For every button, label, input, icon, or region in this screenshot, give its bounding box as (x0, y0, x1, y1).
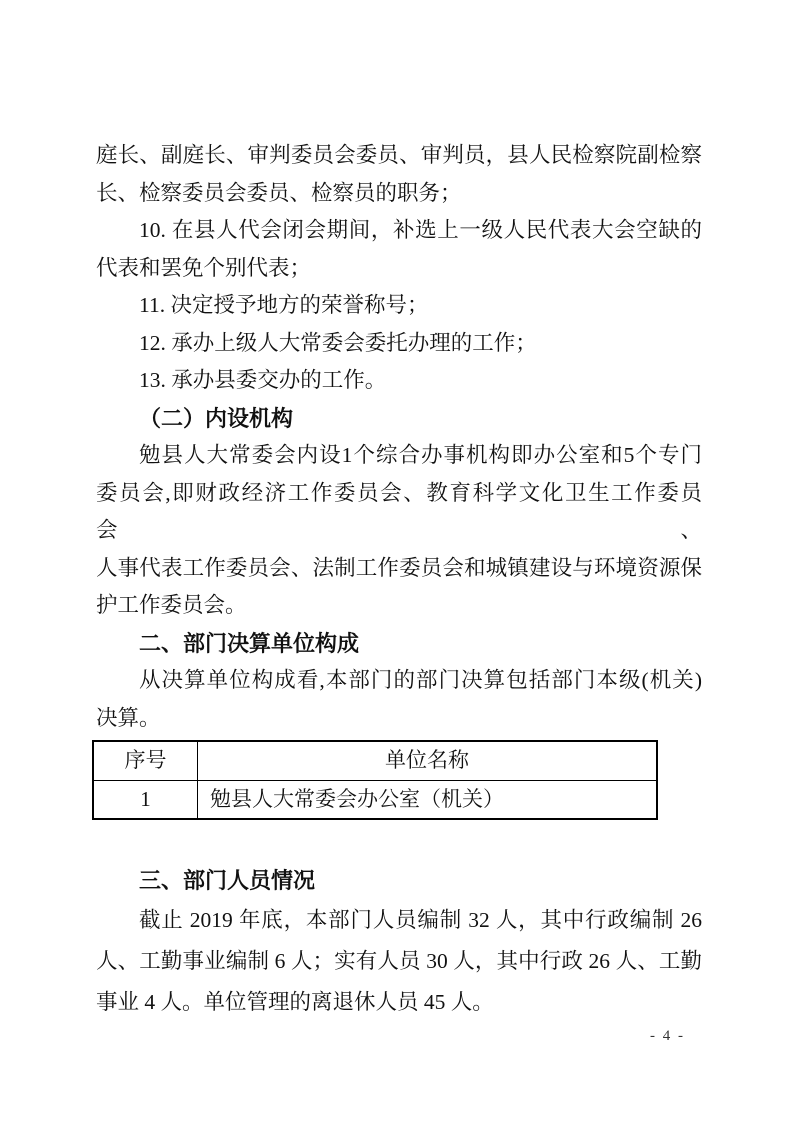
document-page: 庭长、副庭长、审判委员会委员、审判员，县人民检察院副检察 长、检察委员会委员、检… (0, 0, 793, 1122)
text-line: 人事代表工作委员会、法制工作委员会和城镇建设与环境资源保 (96, 550, 702, 588)
paragraph-item-10: 10. 在县人代会闭会期间，补选上一级人民代表大会空缺的 代表和罢免个别代表； (96, 212, 702, 287)
text-line: 事业 4 人。单位管理的离退休人员 45 人。 (96, 982, 702, 1023)
paragraph-item-11: 11. 决定授予地方的荣誉称号； (96, 287, 702, 325)
text-line: 勉县人大常委会内设1个综合办事机构即办公室和5个专门 (96, 437, 702, 475)
page-body: 庭长、副庭长、审判委员会委员、审判员，县人民检察院副检察 长、检察委员会委员、检… (96, 137, 702, 1023)
text-line: 庭长、副庭长、审判委员会委员、审判员，县人民检察院副检察 (96, 137, 702, 175)
heading-budget-units: 二、部门决算单位构成 (96, 625, 702, 663)
text-line: 长、检察委员会委员、检察员的职务； (96, 175, 702, 213)
heading-internal-structure: （二）内设机构 (96, 400, 702, 438)
text-line: 截止 2019 年底，本部门人员编制 32 人，其中行政编制 26 (96, 900, 702, 941)
heading-personnel: 三、部门人员情况 (96, 862, 702, 900)
paragraph-judicial-continued: 庭长、副庭长、审判委员会委员、审判员，县人民检察院副检察 长、检察委员会委员、检… (96, 137, 702, 212)
text-line: 护工作委员会。 (96, 587, 702, 625)
paragraph-personnel: 截止 2019 年底，本部门人员编制 32 人，其中行政编制 26 人、工勤事业… (96, 900, 702, 1023)
paragraph-item-12: 12. 承办上级人大常委会委托办理的工作； (96, 325, 702, 363)
text-line: 人、工勤事业编制 6 人；实有人员 30 人，其中行政 26 人、工勤 (96, 941, 702, 982)
table-header-row: 序号 单位名称 (93, 741, 657, 780)
paragraph-item-13: 13. 承办县委交办的工作。 (96, 362, 702, 400)
unit-table: 序号 单位名称 1 勉县人大常委会办公室（机关） (92, 740, 658, 820)
paragraph-internal-structure: 勉县人大常委会内设1个综合办事机构即办公室和5个专门 委员会,即财政经济工作委员… (96, 437, 702, 625)
table-cell-unit-name: 勉县人大常委会办公室（机关） (198, 780, 658, 819)
table-header-index: 序号 (93, 741, 198, 780)
page-number: - 4 - (650, 1028, 685, 1045)
text-line: 10. 在县人代会闭会期间，补选上一级人民代表大会空缺的 (96, 212, 702, 250)
text-line: 代表和罢免个别代表； (96, 250, 702, 288)
table-cell-index: 1 (93, 780, 198, 819)
text-line: 从决算单位构成看,本部门的部门决算包括部门本级(机关) (96, 662, 702, 700)
table-row: 1 勉县人大常委会办公室（机关） (93, 780, 657, 819)
table-header-unit-name: 单位名称 (198, 741, 658, 780)
text-line: 委员会,即财政经济工作委员会、教育科学文化卫生工作委员会、 (96, 475, 702, 550)
text-line: 决算。 (96, 700, 702, 738)
paragraph-budget-units: 从决算单位构成看,本部门的部门决算包括部门本级(机关) 决算。 (96, 662, 702, 737)
